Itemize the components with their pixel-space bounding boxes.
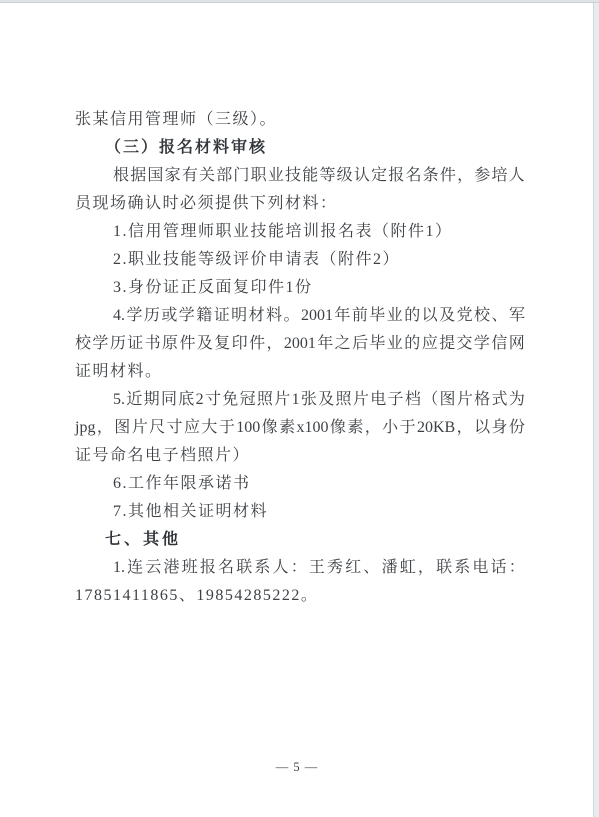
- document-line: 张某信用管理师（三级）。: [75, 106, 525, 134]
- document-line: 17851411865、19854285222。: [75, 582, 525, 610]
- document-line: 证明材料。: [75, 358, 525, 386]
- document-line: 员现场确认时必须提供下列材料：: [75, 190, 525, 218]
- document-line: （三）报名材料审核: [105, 134, 525, 162]
- document-line: 4.学历或学籍证明材料。2001年前毕业的以及党校、军: [113, 302, 525, 330]
- page-number: — 5 —: [0, 760, 594, 775]
- document-line: 根据国家有关部门职业技能等级认定报名条件，参培人: [113, 162, 525, 190]
- document-line: 5.近期同底2寸免冠照片1张及照片电子档（图片格式为: [113, 386, 525, 414]
- document-line: 校学历证书原件及复印件，2001年之后毕业的应提交学信网: [75, 330, 525, 358]
- document-line: 6.工作年限承诺书: [113, 470, 525, 498]
- document-line: 2.职业技能等级评价申请表（附件2）: [113, 246, 525, 274]
- document-line: 证号命名电子档照片）: [75, 442, 525, 470]
- scrollbar-track[interactable]: [593, 3, 599, 817]
- document-line: 1.连云港班报名联系人：王秀红、潘虹，联系电话：: [113, 554, 525, 582]
- document-viewer: 张某信用管理师（三级）。（三）报名材料审核根据国家有关部门职业技能等级认定报名条…: [0, 0, 599, 817]
- document-line: 1.信用管理师职业技能培训报名表（附件1）: [113, 218, 525, 246]
- document-line: 七、其他: [105, 526, 525, 554]
- document-line: 3.身份证正反面复印件1份: [113, 274, 525, 302]
- document-body: 张某信用管理师（三级）。（三）报名材料审核根据国家有关部门职业技能等级认定报名条…: [75, 106, 525, 610]
- document-line: 7.其他相关证明材料: [113, 498, 525, 526]
- window-top-border: [0, 0, 599, 3]
- document-line: jpg，图片尺寸应大于100像素x100像素，小于20KB，以身份: [75, 414, 525, 442]
